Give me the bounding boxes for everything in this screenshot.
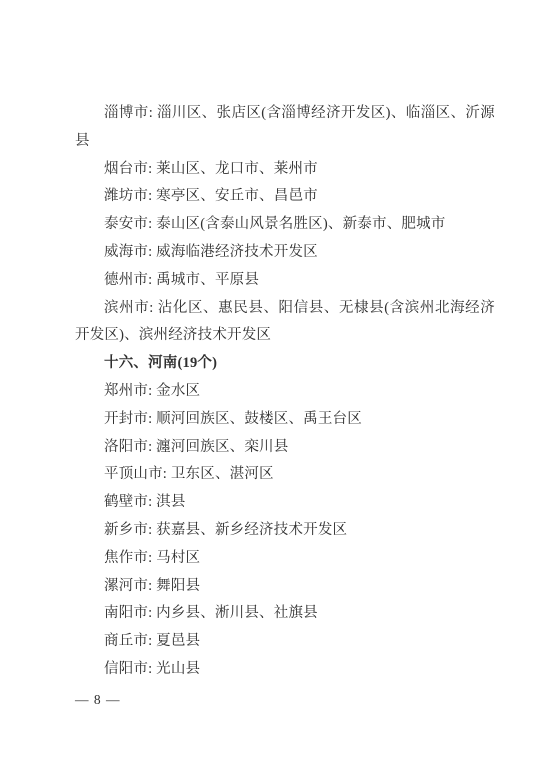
- document-paragraph: 淄博市: 淄川区、张店区(含淄博经济开发区)、临淄区、沂源县: [75, 100, 495, 156]
- document-paragraph: 商丘市: 夏邑县: [75, 628, 495, 656]
- document-paragraph: 威海市: 威海临港经济技术开发区: [75, 239, 495, 267]
- document-paragraph: 鹤壁市: 淇县: [75, 489, 495, 517]
- document-paragraph: 南阳市: 内乡县、淅川县、社旗县: [75, 600, 495, 628]
- document-paragraph: 泰安市: 泰山区(含泰山风景名胜区)、新泰市、肥城市: [75, 211, 495, 239]
- document-paragraph: 滨州市: 沾化区、惠民县、阳信县、无棣县(含滨州北海经济开发区)、滨州经济技术开…: [75, 295, 495, 351]
- document-paragraph: 平顶山市: 卫东区、湛河区: [75, 461, 495, 489]
- section-heading: 十六、河南(19个): [75, 350, 495, 378]
- document-paragraph: 潍坊市: 寒亭区、安丘市、昌邑市: [75, 183, 495, 211]
- document-paragraph: 漯河市: 舞阳县: [75, 573, 495, 601]
- document-paragraph: 开封市: 顺河回族区、鼓楼区、禹王台区: [75, 406, 495, 434]
- document-paragraph: 新乡市: 获嘉县、新乡经济技术开发区: [75, 517, 495, 545]
- document-paragraph: 德州市: 禹城市、平原县: [75, 267, 495, 295]
- document-paragraph: 焦作市: 马村区: [75, 545, 495, 573]
- document-page: 淄博市: 淄川区、张店区(含淄博经济开发区)、临淄区、沂源县烟台市: 莱山区、龙…: [0, 0, 550, 778]
- document-body: 淄博市: 淄川区、张店区(含淄博经济开发区)、临淄区、沂源县烟台市: 莱山区、龙…: [75, 100, 495, 684]
- document-paragraph: 郑州市: 金水区: [75, 378, 495, 406]
- page-number: — 8 —: [75, 692, 121, 708]
- document-paragraph: 信阳市: 光山县: [75, 656, 495, 684]
- document-paragraph: 洛阳市: 瀍河回族区、栾川县: [75, 434, 495, 462]
- document-paragraph: 烟台市: 莱山区、龙口市、莱州市: [75, 156, 495, 184]
